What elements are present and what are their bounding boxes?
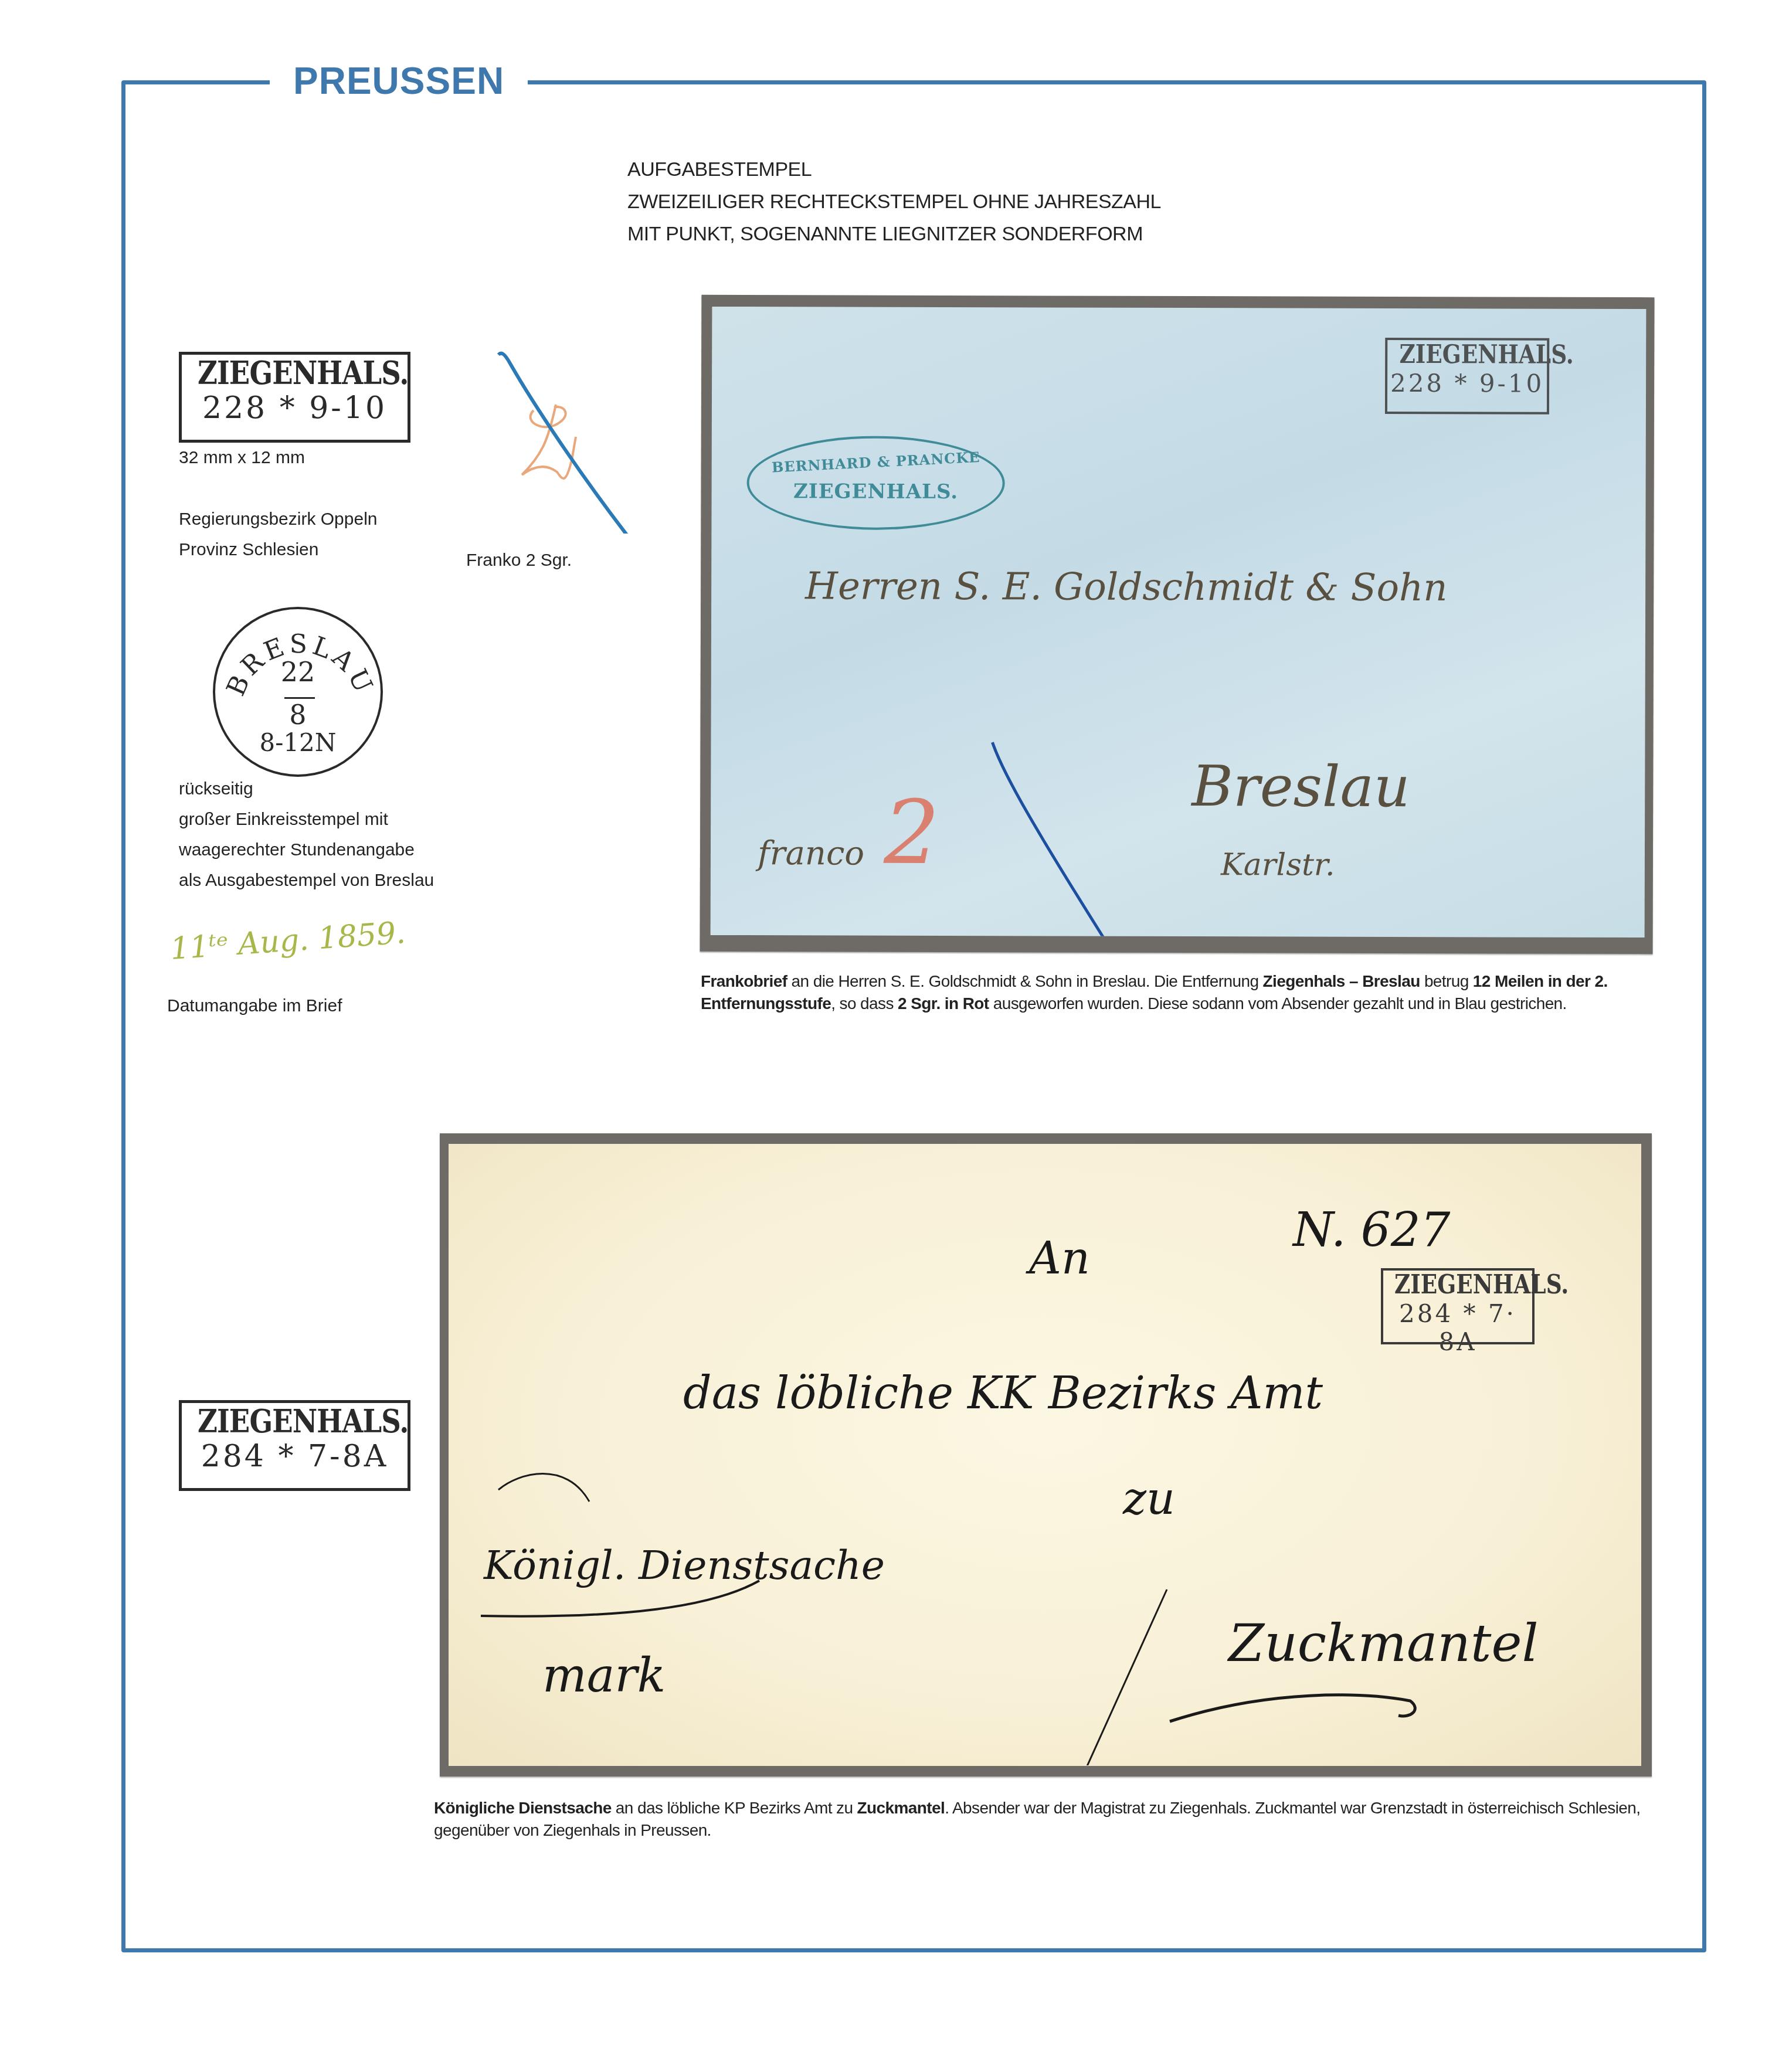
postmark-date: 284 * 7-8A — [182, 1439, 408, 1473]
postmark-replica-ziegenhals-284: ZIEGENHALS. 284 * 7-8A — [179, 1400, 410, 1491]
description-fragment: Frankobrief — [701, 972, 787, 990]
description-fragment: , so dass — [831, 994, 898, 1013]
description-fragment: an die Herren S. E. Goldschmidt & Sohn i… — [787, 972, 1262, 990]
circle-caption-line-3: waagerechter Stundenangabe — [179, 835, 434, 865]
district-line-2: Provinz Schlesien — [179, 535, 378, 565]
cover-1-mount: ZIEGENHALS. 228 * 9-10 BERNHARD & PRANCK… — [700, 295, 1655, 954]
cover-2-letter: N. 627 ZIEGENHALS. 284 * 7· 8A An das lö… — [449, 1144, 1641, 1766]
circle-caption: rückseitig großer Einkreisstempel mit wa… — [179, 774, 434, 896]
district-caption: Regierungsbezirk Oppeln Provinz Schlesie… — [179, 504, 378, 565]
postmark-replica-ziegenhals-228: ZIEGENHALS. 228 * 9-10 — [179, 352, 410, 443]
postmark-hour: 8-12N — [215, 729, 381, 756]
postmark-day: 22 — [215, 657, 381, 687]
cover-2-mount: N. 627 ZIEGENHALS. 284 * 7· 8A An das lö… — [440, 1133, 1652, 1777]
postmark-month: 8 — [215, 700, 381, 729]
headline-line-3: MIT PUNKT, SOGENANNTE LIEGNITZER SONDERF… — [627, 218, 1161, 250]
description-fragment: Königliche Dienstsache — [434, 1799, 612, 1817]
cover-2-description: Königliche Dienstsache an das löbliche K… — [434, 1797, 1659, 1842]
headline-line-2: ZWEIZEILIGER RECHTECKSTEMPEL OHNE JAHRES… — [627, 186, 1161, 218]
breslau-circle-postmark: BRESLAU 22 8 8-12N — [213, 607, 383, 777]
postmark-town: ZIEGENHALS. — [198, 1403, 392, 1439]
franko-mark-illustration — [446, 334, 657, 534]
cover-1-description: Frankobrief an die Herren S. E. Goldschm… — [701, 970, 1656, 1015]
page-title: PREUSSEN — [293, 60, 504, 102]
description-fragment: Ziegenhals – Breslau — [1263, 972, 1420, 990]
cover-1-blue-strike-icon — [711, 307, 1647, 938]
circle-caption-line-1: rückseitig — [179, 774, 434, 804]
stamp-size-caption: 32 mm x 12 mm — [179, 443, 305, 473]
blue-strike-icon — [498, 354, 630, 534]
red-numeral-2-icon — [522, 405, 576, 478]
description-fragment: 2 Sgr. in Rot — [898, 994, 989, 1013]
district-line-1: Regierungsbezirk Oppeln — [179, 504, 378, 535]
circle-caption-line-2: großer Einkreisstempel mit — [179, 804, 434, 835]
description-fragment: betrug — [1420, 972, 1473, 990]
description-fragment: Zuckmantel — [857, 1799, 945, 1817]
postmark-town: ZIEGENHALS. — [198, 355, 392, 391]
headline-line-1: AUFGABESTEMPEL — [627, 154, 1161, 186]
page-title-wrap: PREUSSEN — [270, 52, 528, 110]
headline: AUFGABESTEMPEL ZWEIZEILIGER RECHTECKSTEM… — [627, 154, 1161, 250]
postmark-date: 228 * 9-10 — [182, 391, 408, 425]
description-fragment: ausgeworfen wurden. Diese sodann vom Abs… — [989, 994, 1567, 1013]
circle-caption-line-4: als Ausgabestempel von Breslau — [179, 865, 434, 896]
description-fragment: an das löbliche KP Bezirks Amt zu — [612, 1799, 857, 1817]
cover-1-letter: ZIEGENHALS. 228 * 9-10 BERNHARD & PRANCK… — [711, 307, 1647, 938]
cover-2-underline-strokes-icon — [449, 1144, 1641, 1765]
date-caption: Datumangabe im Brief — [167, 991, 342, 1021]
franko-caption: Franko 2 Sgr. — [466, 545, 572, 576]
